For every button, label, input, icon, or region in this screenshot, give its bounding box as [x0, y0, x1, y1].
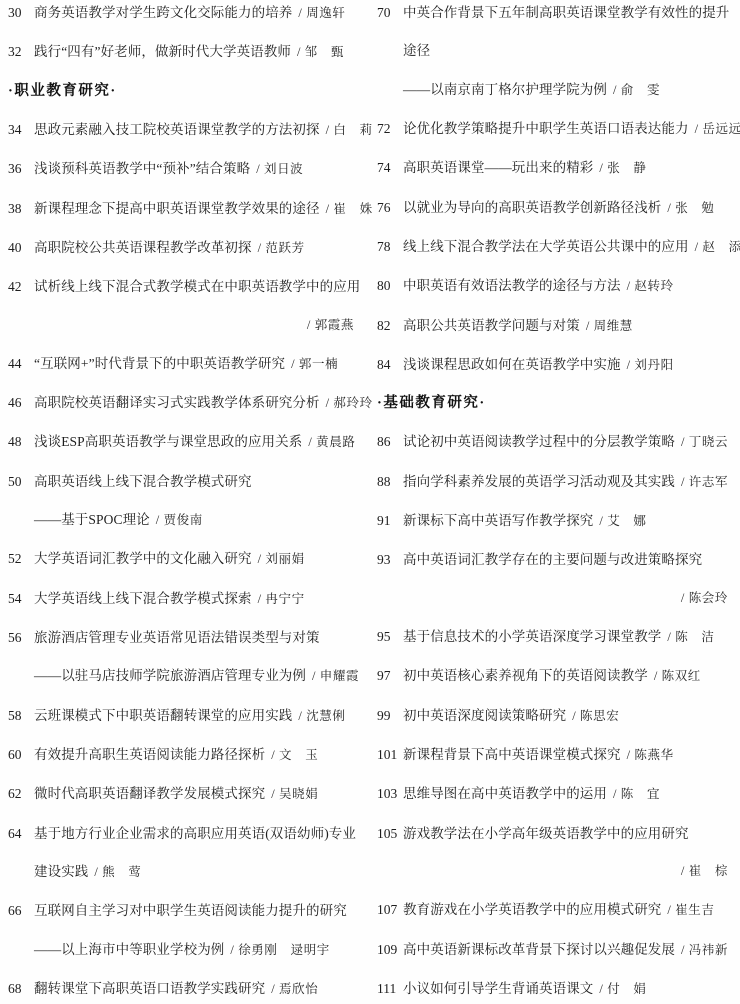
entry-title: 教育游戏在小学英语教学中的应用模式研究: [403, 900, 661, 919]
toc-entry: 46高职院校英语翻译实习式实践教学体系研究分析/ 郝玲玲: [8, 393, 354, 413]
entry-title: 微时代高职英语翻译教学发展模式探究: [34, 784, 265, 803]
toc-entry: 95基于信息技术的小学英语深度学习课堂教学/ 陈 洁: [377, 627, 728, 647]
toc-entry: 42试析线上线下混合式教学模式在中职英语教学中的应用: [8, 277, 354, 296]
page-number: 101: [377, 745, 403, 764]
toc-entry: 40高职院校公共英语课程教学改革初探/ 范跃芳: [8, 238, 354, 258]
entry-title: 高中英语词汇教学存在的主要问题与改进策略探究: [403, 550, 702, 569]
toc-entry: 32践行“四有”好老师，做新时代大学英语教师/ 邹 甄: [8, 42, 354, 62]
toc-entry-continuation: 建设实践/ 熊 莺: [8, 862, 354, 882]
toc-entry-author-line: / 崔 棕: [377, 862, 728, 881]
page-number: 36: [8, 159, 34, 178]
entry-author: / 赵 添: [695, 238, 740, 257]
toc-entry: 107教育游戏在小学英语教学中的应用模式研究/ 崔生吉: [377, 900, 728, 920]
entry-title: “互联网+”时代背景下的中职英语教学研究: [34, 354, 285, 373]
page-number: 82: [377, 316, 403, 335]
entry-title: 新课标下高中英语写作教学探究: [403, 511, 593, 530]
entry-author: / 周维慧: [586, 317, 633, 336]
page-number: 44: [8, 354, 34, 373]
page-number: 84: [377, 355, 403, 374]
page-number: 66: [8, 901, 34, 920]
page-number: 34: [8, 120, 34, 139]
entry-title: 基于地方行业企业需求的高职应用英语(双语幼师)专业: [34, 824, 356, 843]
entry-title: 中英合作背景下五年制高职英语课堂教学有效性的提升: [403, 3, 729, 22]
entry-title: ——以南京南丁格尔护理学院为例: [403, 80, 607, 99]
entry-author: / 范跃芳: [258, 239, 305, 258]
entry-author: / 俞 雯: [613, 81, 660, 100]
entry-author: / 沈慧俐: [298, 707, 345, 726]
page-number: 99: [377, 706, 403, 725]
entry-title: 试论初中英语阅读教学过程中的分层教学策略: [403, 432, 675, 451]
page-number: 46: [8, 393, 34, 412]
entry-author: / 付 娟: [599, 980, 646, 999]
toc-entry: 30商务英语教学对学生跨文化交际能力的培养/ 周逸轩: [8, 3, 354, 23]
entry-title: 线上线下混合教学法在大学英语公共课中的应用: [403, 237, 689, 256]
toc-entry: 62微时代高职英语翻译教学发展模式探究/ 吴晓娟: [8, 784, 354, 804]
entry-author: / 郝玲玲: [326, 394, 373, 413]
toc-entry: 44“互联网+”时代背景下的中职英语教学研究/ 郭一楠: [8, 354, 354, 374]
page-number: 86: [377, 432, 403, 451]
entry-author: / 冯祎新: [681, 941, 728, 960]
toc-entry: 78线上线下混合教学法在大学英语公共课中的应用/ 赵 添: [377, 237, 728, 257]
entry-title: 浅谈预科英语教学中“预补”结合策略: [34, 159, 250, 178]
entry-title: 翻转课堂下高职英语口语教学实践研究: [34, 979, 265, 998]
toc-left-column: 30商务英语教学对学生跨文化交际能力的培养/ 周逸轩32践行“四有”好老师，做新…: [0, 0, 370, 1004]
toc-entry: 58云班课模式下中职英语翻转课堂的应用实践/ 沈慧俐: [8, 706, 354, 726]
toc-entry-continuation: 途径: [377, 41, 728, 60]
toc-entry: 82高职公共英语教学问题与对策/ 周维慧: [377, 316, 728, 336]
page-number: 78: [377, 237, 403, 256]
entry-title: 高职院校公共英语课程教学改革初探: [34, 238, 252, 257]
toc-entry-author-line: / 郭霞燕: [8, 316, 354, 335]
page-number: 91: [377, 511, 403, 530]
entry-title: 新课程背景下高中英语课堂模式探究: [403, 745, 621, 764]
page-number: 30: [8, 3, 34, 22]
toc-entry: 88指向学科素养发展的英语学习活动观及其实践/ 许志军: [377, 472, 728, 492]
toc-right-column: 70中英合作背景下五年制高职英语课堂教学有效性的提升途径——以南京南丁格尔护理学…: [370, 0, 740, 1004]
entry-title: 初中英语核心素养视角下的英语阅读教学: [403, 666, 648, 685]
section-title: ·职业教育研究·: [8, 82, 117, 101]
page-number: 58: [8, 706, 34, 725]
toc-entry: 38新课程理念下提高中职英语课堂教学效果的途径/ 崔 姝: [8, 199, 354, 219]
entry-author: / 陈双红: [654, 667, 701, 686]
entry-title: 有效提升高职生英语阅读能力路径探析: [34, 745, 265, 764]
entry-title: 践行“四有”好老师，做新时代大学英语教师: [34, 42, 291, 61]
toc-entry: 80中职英语有效语法教学的途径与方法/ 赵转玲: [377, 276, 728, 296]
page-number: 50: [8, 472, 34, 491]
entry-author: / 申耀霞: [312, 667, 359, 686]
toc-entry: 52大学英语词汇教学中的文化融入研究/ 刘丽娟: [8, 549, 354, 569]
page-number: 60: [8, 745, 34, 764]
entry-author: / 郭一楠: [291, 355, 338, 374]
entry-author: / 陈 洁: [667, 628, 714, 647]
toc-entry: 84浅谈课程思政如何在英语教学中实施/ 刘丹阳: [377, 355, 728, 375]
entry-title: 旅游酒店管理专业英语常见语法错误类型与对策: [34, 628, 320, 647]
entry-author: / 陈会玲: [681, 589, 728, 608]
entry-title: 大学英语词汇教学中的文化融入研究: [34, 549, 252, 568]
page-number: 56: [8, 628, 34, 647]
entry-title: 小议如何引导学生背诵英语课文: [403, 979, 593, 998]
toc-page: 30商务英语教学对学生跨文化交际能力的培养/ 周逸轩32践行“四有”好老师，做新…: [0, 0, 740, 1004]
toc-entry-continuation: ——以南京南丁格尔护理学院为例/ 俞 雯: [377, 80, 728, 100]
page-number: 105: [377, 824, 403, 843]
entry-title: 试析线上线下混合式教学模式在中职英语教学中的应用: [34, 277, 360, 296]
page-number: 95: [377, 627, 403, 646]
toc-entry-continuation: ——以上海市中等职业学校为例/ 徐勇刚 逯明宇: [8, 940, 354, 960]
section-heading: ·职业教育研究·: [8, 82, 354, 101]
entry-author: / 贾俊南: [156, 511, 203, 530]
page-number: 54: [8, 589, 34, 608]
entry-title: 商务英语教学对学生跨文化交际能力的培养: [34, 3, 292, 22]
page-number: 40: [8, 238, 34, 257]
entry-title: 高职公共英语教学问题与对策: [403, 316, 580, 335]
section-heading: ·基础教育研究·: [377, 394, 728, 413]
toc-entry: 54大学英语线上线下混合教学模式探索/ 冉宁宁: [8, 589, 354, 609]
toc-entry: 72论优化教学策略提升中职学生英语口语表达能力/ 岳远远: [377, 119, 728, 139]
entry-title: 浅谈ESP高职英语教学与课堂思政的应用关系: [34, 432, 302, 451]
entry-title: 途径: [403, 41, 430, 60]
entry-author: / 周逸轩: [298, 4, 345, 23]
page-number: 107: [377, 900, 403, 919]
toc-entry: 74高职英语课堂——玩出来的精彩/ 张 静: [377, 158, 728, 178]
entry-title: ——以驻马店技师学院旅游酒店管理专业为例: [34, 666, 306, 685]
entry-title: 论优化教学策略提升中职学生英语口语表达能力: [403, 119, 689, 138]
toc-entry-continuation: ——以驻马店技师学院旅游酒店管理专业为例/ 申耀霞: [8, 666, 354, 686]
toc-entry: 86试论初中英语阅读教学过程中的分层教学策略/ 丁晓云: [377, 432, 728, 452]
toc-entry: 111小议如何引导学生背诵英语课文/ 付 娟: [377, 979, 728, 999]
entry-title: 初中英语深度阅读策略研究: [403, 706, 566, 725]
toc-entry: 50高职英语线上线下混合教学模式研究: [8, 472, 354, 491]
page-number: 38: [8, 199, 34, 218]
toc-entry: 64基于地方行业企业需求的高职应用英语(双语幼师)专业: [8, 824, 354, 843]
entry-author: / 陈燕华: [627, 746, 674, 765]
toc-entry: 70中英合作背景下五年制高职英语课堂教学有效性的提升: [377, 3, 728, 22]
page-number: 88: [377, 472, 403, 491]
entry-title: 以就业为导向的高职英语教学创新路径浅析: [403, 198, 661, 217]
entry-author: / 郭霞燕: [307, 316, 354, 335]
entry-author: / 冉宁宁: [258, 590, 305, 609]
entry-title: 指向学科素养发展的英语学习活动观及其实践: [403, 472, 675, 491]
entry-author: / 徐勇刚 逯明宇: [230, 941, 330, 960]
page-number: 48: [8, 432, 34, 451]
entry-author: / 焉欣怡: [271, 980, 318, 999]
toc-entry: 105游戏教学法在小学高年级英语教学中的应用研究: [377, 824, 728, 843]
toc-entry: 60有效提升高职生英语阅读能力路径探析/ 文 玉: [8, 745, 354, 765]
entry-author: / 刘日波: [256, 160, 303, 179]
entry-title: 浅谈课程思政如何在英语教学中实施: [403, 355, 621, 374]
toc-entry-author-line: / 陈会玲: [377, 589, 728, 608]
page-number: 80: [377, 276, 403, 295]
entry-author: / 岳远远: [695, 120, 740, 139]
toc-entry: 103思维导图在高中英语教学中的运用/ 陈 宜: [377, 784, 728, 804]
entry-title: 思维导图在高中英语教学中的运用: [403, 784, 607, 803]
toc-entry: 93高中英语词汇教学存在的主要问题与改进策略探究: [377, 550, 728, 569]
toc-entry: 109高中英语新课标改革背景下探讨以兴趣促发展/ 冯祎新: [377, 940, 728, 960]
entry-title: 高职英语线上线下混合教学模式研究: [34, 472, 252, 491]
entry-author: / 丁晓云: [681, 433, 728, 452]
entry-title: ——基于SPOC理论: [34, 510, 150, 529]
entry-title: 高职英语课堂——玩出来的精彩: [403, 158, 593, 177]
entry-title: 中职英语有效语法教学的途径与方法: [403, 276, 621, 295]
entry-author: / 白 莉: [326, 121, 373, 140]
page-number: 52: [8, 549, 34, 568]
page-number: 68: [8, 979, 34, 998]
page-number: 111: [377, 979, 403, 998]
page-number: 76: [377, 198, 403, 217]
page-number: 93: [377, 550, 403, 569]
entry-title: 思政元素融入技工院校英语课堂教学的方法初探: [34, 120, 320, 139]
entry-title: ——以上海市中等职业学校为例: [34, 940, 224, 959]
page-number: 109: [377, 940, 403, 959]
entry-title: 大学英语线上线下混合教学模式探索: [34, 589, 252, 608]
page-number: 74: [377, 158, 403, 177]
entry-author: / 陈思宏: [572, 707, 619, 726]
page-number: 103: [377, 784, 403, 803]
toc-entry: 48浅谈ESP高职英语教学与课堂思政的应用关系/ 黄晨路: [8, 432, 354, 452]
entry-title: 高中英语新课标改革背景下探讨以兴趣促发展: [403, 940, 675, 959]
page-number: 70: [377, 3, 403, 22]
entry-author: / 赵转玲: [627, 277, 674, 296]
toc-entry: 56旅游酒店管理专业英语常见语法错误类型与对策: [8, 628, 354, 647]
entry-author: / 许志军: [681, 473, 728, 492]
entry-author: / 崔 棕: [681, 862, 728, 881]
entry-author: / 崔 姝: [326, 200, 373, 219]
page-number: 62: [8, 784, 34, 803]
entry-title: 新课程理念下提高中职英语课堂教学效果的途径: [34, 199, 320, 218]
entry-title: 游戏教学法在小学高年级英语教学中的应用研究: [403, 824, 689, 843]
entry-title: 基于信息技术的小学英语深度学习课堂教学: [403, 627, 661, 646]
page-number: 42: [8, 277, 34, 296]
entry-author: / 崔生吉: [667, 901, 714, 920]
entry-author: / 张 静: [599, 159, 646, 178]
toc-entry: 68翻转课堂下高职英语口语教学实践研究/ 焉欣怡: [8, 979, 354, 999]
toc-entry: 91新课标下高中英语写作教学探究/ 艾 娜: [377, 511, 728, 531]
toc-entry: 97初中英语核心素养视角下的英语阅读教学/ 陈双红: [377, 666, 728, 686]
toc-entry: 36浅谈预科英语教学中“预补”结合策略/ 刘日波: [8, 159, 354, 179]
entry-author: / 吴晓娟: [271, 785, 318, 804]
entry-author: / 陈 宜: [613, 785, 660, 804]
toc-entry-continuation: ——基于SPOC理论/ 贾俊南: [8, 510, 354, 530]
toc-entry: 34思政元素融入技工院校英语课堂教学的方法初探/ 白 莉: [8, 120, 354, 140]
entry-author: / 黄晨路: [308, 433, 355, 452]
entry-author: / 熊 莺: [94, 863, 141, 882]
entry-author: / 文 玉: [271, 746, 318, 765]
page-number: 32: [8, 42, 34, 61]
entry-author: / 刘丹阳: [627, 356, 674, 375]
entry-author: / 邹 甄: [297, 43, 344, 62]
entry-title: 互联网自主学习对中职学生英语阅读能力提升的研究: [34, 901, 347, 920]
page-number: 64: [8, 824, 34, 843]
entry-author: / 艾 娜: [599, 512, 646, 531]
toc-entry: 76以就业为导向的高职英语教学创新路径浅析/ 张 勉: [377, 198, 728, 218]
entry-author: / 张 勉: [667, 199, 714, 218]
section-title: ·基础教育研究·: [377, 394, 486, 413]
page-number: 72: [377, 119, 403, 138]
entry-title: 云班课模式下中职英语翻转课堂的应用实践: [34, 706, 292, 725]
toc-entry: 99初中英语深度阅读策略研究/ 陈思宏: [377, 706, 728, 726]
entry-title: 高职院校英语翻译实习式实践教学体系研究分析: [34, 393, 320, 412]
entry-title: 建设实践: [34, 862, 88, 881]
page-number: 97: [377, 666, 403, 685]
toc-entry: 101新课程背景下高中英语课堂模式探究/ 陈燕华: [377, 745, 728, 765]
toc-entry: 66互联网自主学习对中职学生英语阅读能力提升的研究: [8, 901, 354, 920]
entry-author: / 刘丽娟: [258, 550, 305, 569]
